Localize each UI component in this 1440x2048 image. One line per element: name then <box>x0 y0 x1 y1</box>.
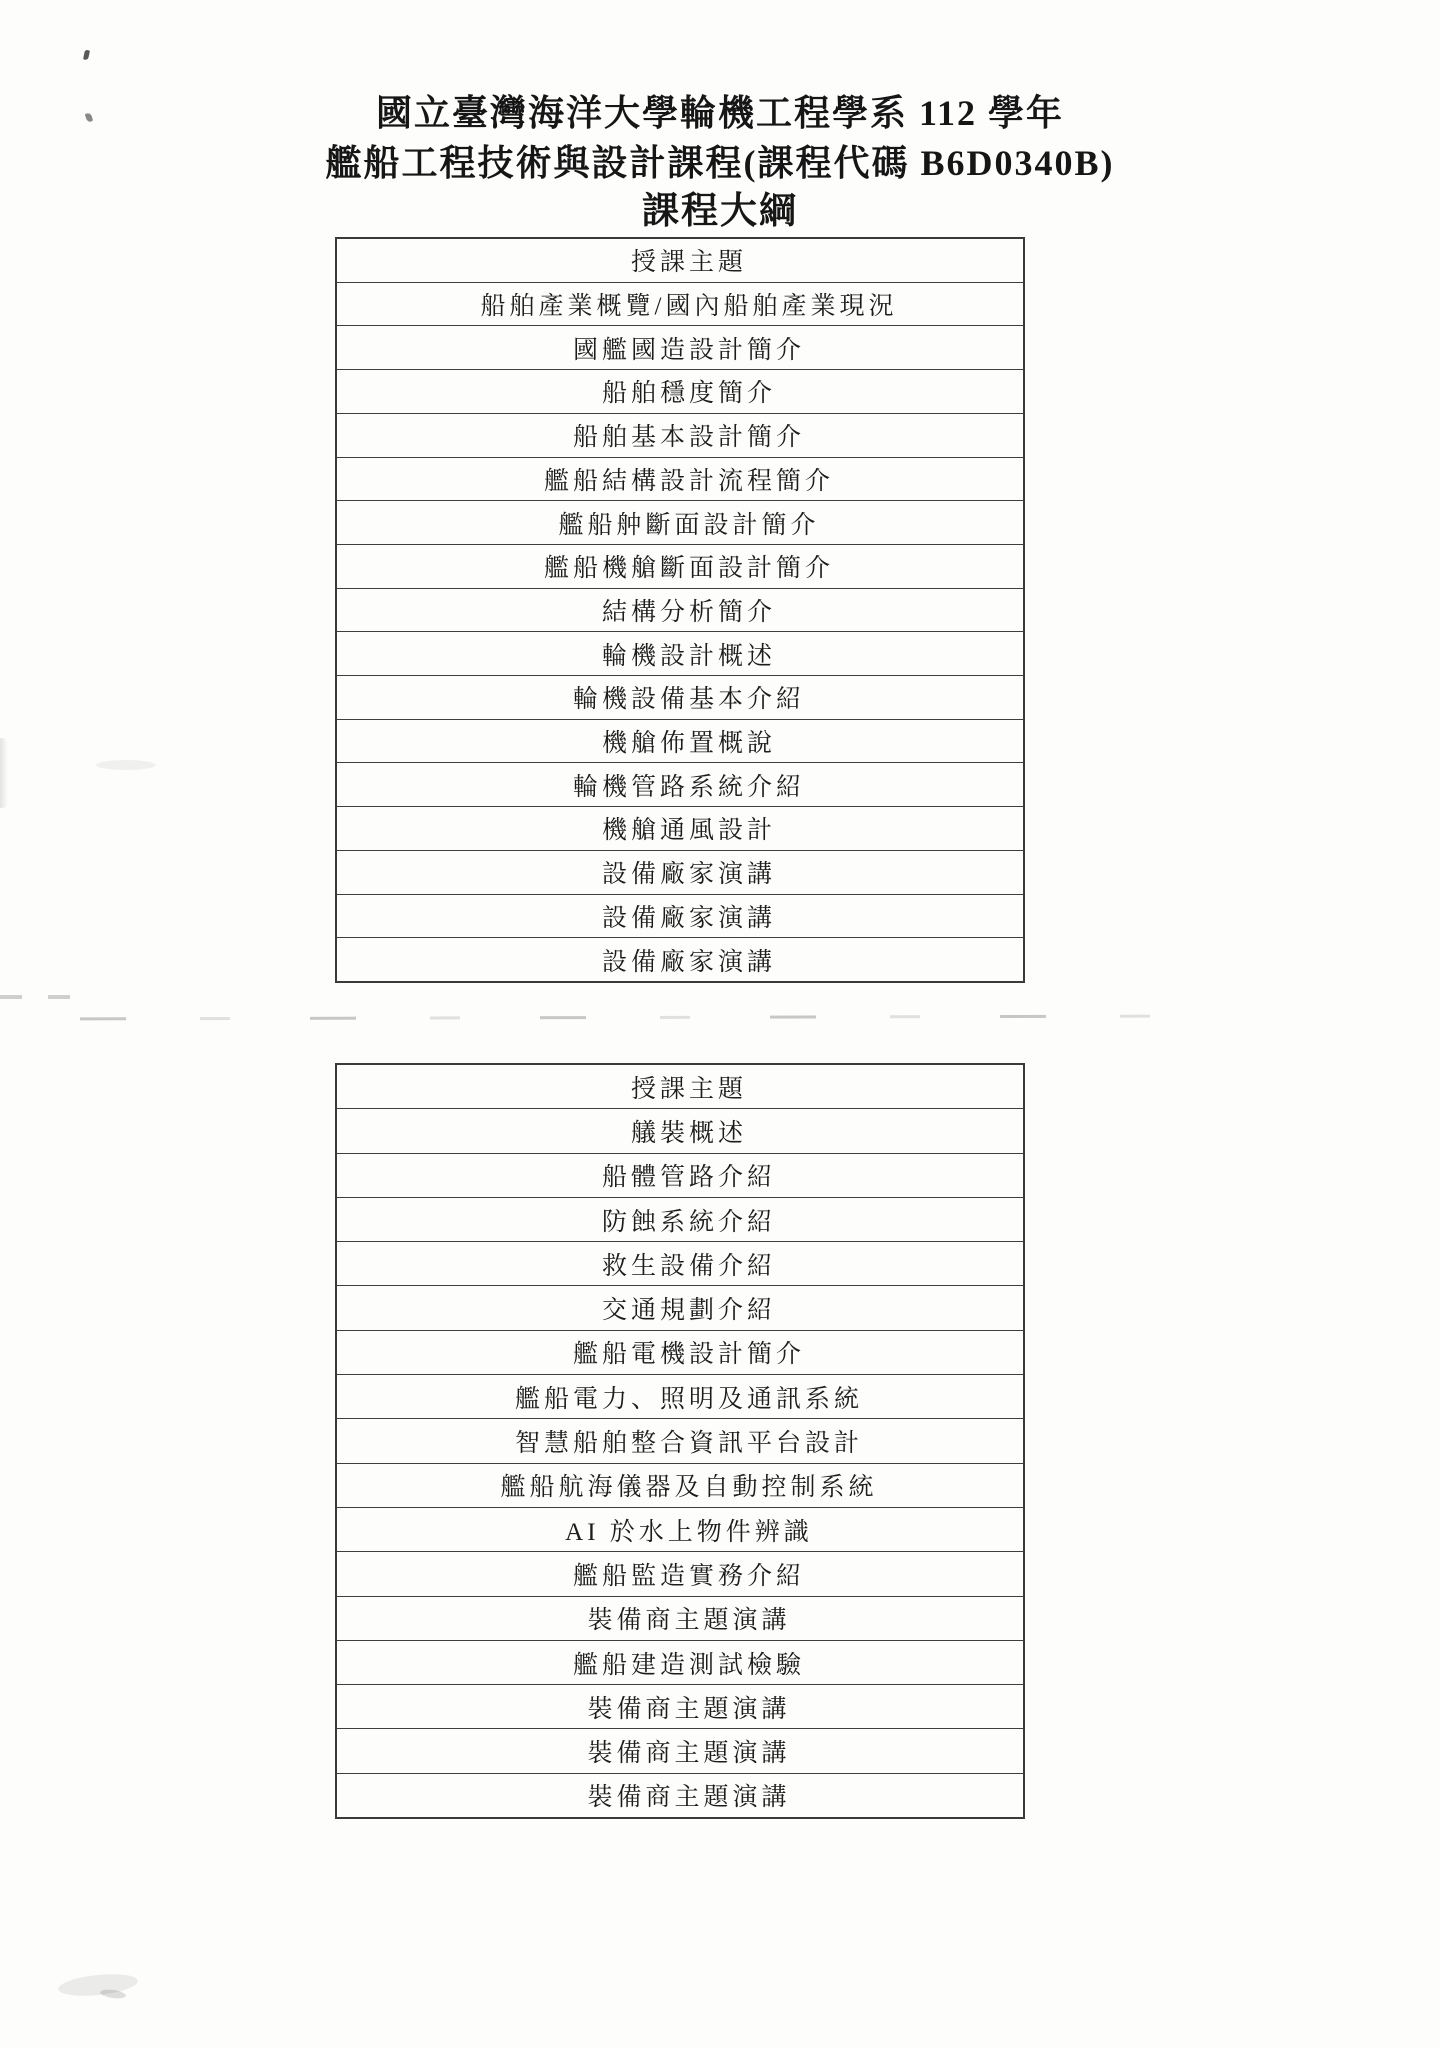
scan-artifact-smudge <box>0 738 8 808</box>
scan-artifact-smudge <box>96 760 156 770</box>
table-header-row: 授課主題 <box>337 239 1023 283</box>
course-topic: 防蝕系統介紹 <box>602 1202 776 1238</box>
table-header-label: 授課主題 <box>631 1069 747 1105</box>
table-row: 設備廠家演講 <box>337 895 1023 939</box>
table-row: 機艙佈置概說 <box>337 720 1023 764</box>
course-topic: 艦船電力、照明及通訊系統 <box>515 1379 863 1415</box>
table-row: 裝備商主題演講 <box>337 1597 1023 1641</box>
table-row: 艦船舯斷面設計簡介 <box>337 501 1023 545</box>
table-row: 結構分析簡介 <box>337 589 1023 633</box>
table-row: 艦船結構設計流程簡介 <box>337 458 1023 502</box>
table-row: 設備廠家演講 <box>337 938 1023 981</box>
scan-artifact-smudge <box>100 1988 127 2000</box>
course-topic: 結構分析簡介 <box>602 592 776 628</box>
table-row: 艤裝概述 <box>337 1109 1023 1153</box>
table-row: 裝備商主題演講 <box>337 1685 1023 1729</box>
course-topic: 艦船電機設計簡介 <box>573 1334 805 1370</box>
course-topic: 船舶基本設計簡介 <box>573 417 805 453</box>
scan-artifact-streak <box>0 995 90 999</box>
course-topic: 國艦國造設計簡介 <box>573 330 805 366</box>
course-topic: 艦船機艙斷面設計簡介 <box>544 548 834 584</box>
course-topic: AI 於水上物件辨識 <box>565 1512 813 1548</box>
course-topic: 機艙通風設計 <box>602 810 776 846</box>
table-row: 智慧船舶整合資訊平台設計 <box>337 1419 1023 1463</box>
scan-artifact-smudge <box>57 1971 139 1999</box>
table-row: 船舶基本設計簡介 <box>337 414 1023 458</box>
course-topic: 裝備商主題演講 <box>587 1600 790 1636</box>
table-row: 國艦國造設計簡介 <box>337 326 1023 370</box>
table-row: 救生設備介紹 <box>337 1242 1023 1286</box>
course-topic: 艦船監造實務介紹 <box>573 1556 805 1592</box>
course-topic: 輪機設備基本介紹 <box>573 679 805 715</box>
course-topic: 設備廠家演講 <box>602 854 776 890</box>
course-topic: 船舶產業概覽/國內船舶產業現況 <box>481 286 898 322</box>
course-topic: 機艙佈置概說 <box>602 723 776 759</box>
course-topic: 船舶穩度簡介 <box>602 373 776 409</box>
course-topic: 交通規劃介紹 <box>602 1290 776 1326</box>
table-row: 機艙通風設計 <box>337 807 1023 851</box>
table-row: 艦船電機設計簡介 <box>337 1331 1023 1375</box>
course-topic: 設備廠家演講 <box>602 898 776 934</box>
table-row: 艦船建造測試檢驗 <box>337 1641 1023 1685</box>
table-header-row: 授課主題 <box>337 1065 1023 1109</box>
table-row: 艦船航海儀器及自動控制系統 <box>337 1464 1023 1508</box>
table-row: 裝備商主題演講 <box>337 1774 1023 1817</box>
course-topic: 艦船航海儀器及自動控制系統 <box>500 1467 877 1503</box>
table-row: 輪機管路系統介紹 <box>337 763 1023 807</box>
table-row: 輪機設計概述 <box>337 632 1023 676</box>
table-header-label: 授課主題 <box>631 242 747 278</box>
course-table-first: 授課主題 船舶產業概覽/國內船舶產業現況 國艦國造設計簡介 船舶穩度簡介 船舶基… <box>335 237 1025 983</box>
course-topic: 救生設備介紹 <box>602 1246 776 1282</box>
table-row: 裝備商主題演講 <box>337 1729 1023 1773</box>
document-title-block: 國立臺灣海洋大學輪機工程學系 112 學年 艦船工程技術與設計課程(課程代碼 B… <box>0 88 1440 236</box>
document-title-line1: 國立臺灣海洋大學輪機工程學系 112 學年 <box>0 88 1440 138</box>
course-topic: 裝備商主題演講 <box>587 1777 790 1813</box>
course-topic: 艤裝概述 <box>631 1113 747 1149</box>
document-title-line2: 艦船工程技術與設計課程(課程代碼 B6D0340B) <box>0 138 1440 188</box>
course-topic: 輪機設計概述 <box>602 636 776 672</box>
table-row: 輪機設備基本介紹 <box>337 676 1023 720</box>
course-topic: 裝備商主題演講 <box>587 1689 790 1725</box>
table-row: 防蝕系統介紹 <box>337 1198 1023 1242</box>
scanned-document-page: 國立臺灣海洋大學輪機工程學系 112 學年 艦船工程技術與設計課程(課程代碼 B… <box>0 0 1440 2048</box>
table-row: 交通規劃介紹 <box>337 1286 1023 1330</box>
document-title-line3: 課程大綱 <box>0 188 1440 236</box>
course-topic: 艦船結構設計流程簡介 <box>544 461 834 497</box>
table-row: AI 於水上物件辨識 <box>337 1508 1023 1552</box>
table-row: 艦船機艙斷面設計簡介 <box>337 545 1023 589</box>
table-row: 船體管路介紹 <box>337 1154 1023 1198</box>
course-topic: 船體管路介紹 <box>602 1157 776 1193</box>
course-topic: 設備廠家演講 <box>602 942 776 978</box>
course-topic: 艦船建造測試檢驗 <box>573 1645 805 1681</box>
course-topic: 裝備商主題演講 <box>587 1733 790 1769</box>
table-row: 船舶穩度簡介 <box>337 370 1023 414</box>
table-row: 艦船監造實務介紹 <box>337 1552 1023 1596</box>
table-row: 設備廠家演講 <box>337 851 1023 895</box>
course-topic: 智慧船舶整合資訊平台設計 <box>515 1423 863 1459</box>
course-topic: 輪機管路系統介紹 <box>573 767 805 803</box>
scan-artifact-streak <box>80 1015 1160 1021</box>
table-row: 船舶產業概覽/國內船舶產業現況 <box>337 283 1023 327</box>
course-table-second: 授課主題 艤裝概述 船體管路介紹 防蝕系統介紹 救生設備介紹 交通規劃介紹 艦船… <box>335 1063 1025 1819</box>
table-row: 艦船電力、照明及通訊系統 <box>337 1375 1023 1419</box>
course-topic: 艦船舯斷面設計簡介 <box>558 505 819 541</box>
scan-artifact-mark <box>83 50 90 61</box>
